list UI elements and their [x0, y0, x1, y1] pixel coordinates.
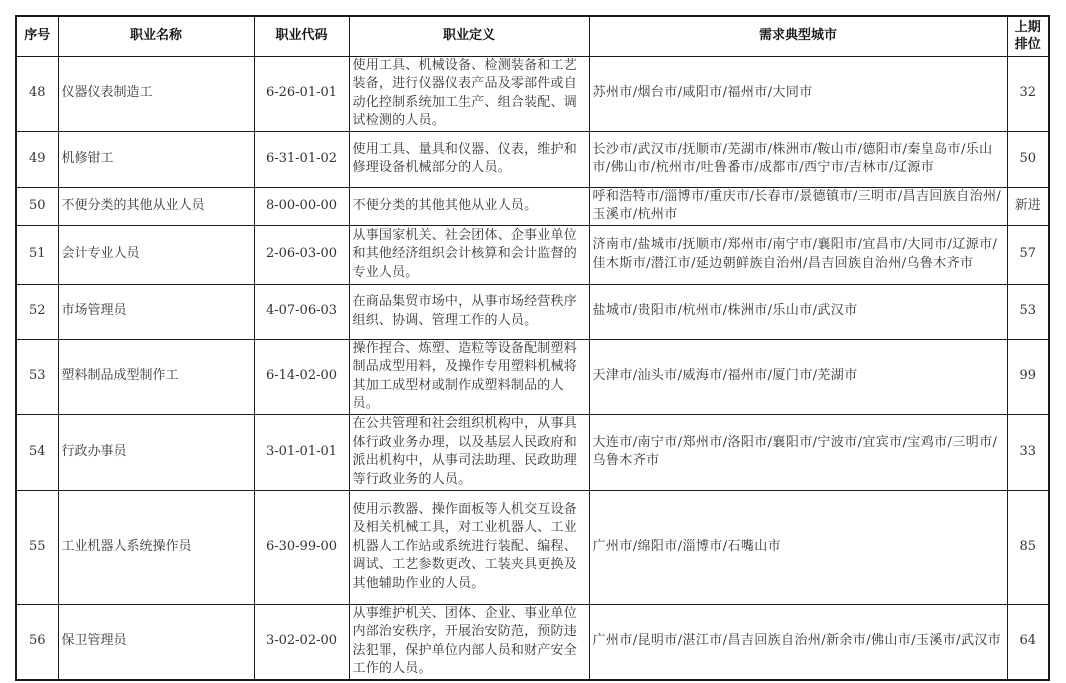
- cell-index: 52: [16, 284, 58, 339]
- cell-occupation-definition: 使用工具、机械设备、检测装备和工艺装备，进行仪器仪表产品及零部件或自动化控制系统…: [349, 56, 589, 131]
- cell-occupation-code: 4-07-06-03: [254, 284, 349, 339]
- cell-occupation-definition: 从事维护机关、团体、企业、事业单位内部治安秩序，开展治安防范，预防违法犯罪，保护…: [349, 604, 589, 680]
- cell-index: 53: [16, 339, 58, 414]
- cell-occupation-code: 6-14-02-00: [254, 339, 349, 414]
- cell-occupation-code: 6-30-99-00: [254, 490, 349, 604]
- cell-index: 54: [16, 414, 58, 490]
- cell-occupation-name: 塑料制品成型制作工: [58, 339, 254, 414]
- cell-typical-cities: 广州市/绵阳市/淄博市/石嘴山市: [589, 490, 1007, 604]
- cell-previous-rank: 50: [1007, 131, 1049, 187]
- table-header-row: 序号 职业名称 职业代码 职业定义 需求典型城市 上期排位: [16, 16, 1049, 56]
- cell-previous-rank: 64: [1007, 604, 1049, 680]
- table-row: 52 市场管理员 4-07-06-03 在商品集贸市场中，从事市场经营秩序组织、…: [16, 284, 1049, 339]
- cell-occupation-name: 保卫管理员: [58, 604, 254, 680]
- cell-index: 50: [16, 187, 58, 225]
- cell-occupation-code: 3-02-02-00: [254, 604, 349, 680]
- cell-occupation-code: 2-06-03-00: [254, 225, 349, 284]
- header-occupation-code: 职业代码: [254, 16, 349, 56]
- table-row: 55 工业机器人系统操作员 6-30-99-00 使用示教器、操作面板等人机交互…: [16, 490, 1049, 604]
- cell-occupation-definition: 使用工具、量具和仪器、仪表，维护和修理设备机械部分的人员。: [349, 131, 589, 187]
- cell-typical-cities: 天津市/汕头市/威海市/福州市/厦门市/芜湖市: [589, 339, 1007, 414]
- cell-typical-cities: 广州市/昆明市/湛江市/昌吉回族自治州/新余市/佛山市/玉溪市/武汉市: [589, 604, 1007, 680]
- cell-typical-cities: 苏州市/烟台市/咸阳市/福州市/大同市: [589, 56, 1007, 131]
- cell-occupation-definition: 使用示教器、操作面板等人机交互设备及相关机械工具，对工业机器人、工业机器人工作站…: [349, 490, 589, 604]
- cell-typical-cities: 济南市/盐城市/抚顺市/郑州市/南宁市/襄阳市/宜昌市/大同市/辽源市/佳木斯市…: [589, 225, 1007, 284]
- cell-occupation-name: 会计专业人员: [58, 225, 254, 284]
- table-body: 48 仪器仪表制造工 6-26-01-01 使用工具、机械设备、检测装备和工艺装…: [16, 56, 1049, 680]
- table-row: 54 行政办事员 3-01-01-01 在公共管理和社会组织机构中，从事具体行政…: [16, 414, 1049, 490]
- cell-occupation-definition: 不便分类的其他其他从业人员。: [349, 187, 589, 225]
- cell-occupation-name: 市场管理员: [58, 284, 254, 339]
- cell-previous-rank: 57: [1007, 225, 1049, 284]
- table-row: 48 仪器仪表制造工 6-26-01-01 使用工具、机械设备、检测装备和工艺装…: [16, 56, 1049, 131]
- cell-occupation-name: 机修钳工: [58, 131, 254, 187]
- cell-occupation-code: 6-31-01-02: [254, 131, 349, 187]
- cell-occupation-definition: 操作捏合、炼塑、造粒等设备配制塑料制品成型用料，及操作专用塑料机械将其加工成型材…: [349, 339, 589, 414]
- table-row: 50 不便分类的其他从业人员 8-00-00-00 不便分类的其他其他从业人员。…: [16, 187, 1049, 225]
- cell-previous-rank: 85: [1007, 490, 1049, 604]
- cell-previous-rank: 32: [1007, 56, 1049, 131]
- table-row: 56 保卫管理员 3-02-02-00 从事维护机关、团体、企业、事业单位内部治…: [16, 604, 1049, 680]
- table-row: 49 机修钳工 6-31-01-02 使用工具、量具和仪器、仪表，维护和修理设备…: [16, 131, 1049, 187]
- cell-occupation-definition: 在商品集贸市场中，从事市场经营秩序组织、协调、管理工作的人员。: [349, 284, 589, 339]
- cell-index: 56: [16, 604, 58, 680]
- cell-occupation-code: 8-00-00-00: [254, 187, 349, 225]
- cell-index: 49: [16, 131, 58, 187]
- header-typical-cities: 需求典型城市: [589, 16, 1007, 56]
- occupation-table-container: 序号 职业名称 职业代码 职业定义 需求典型城市 上期排位 48 仪器仪表制造工…: [15, 15, 1050, 681]
- cell-occupation-name: 行政办事员: [58, 414, 254, 490]
- table-row: 51 会计专业人员 2-06-03-00 从事国家机关、社会团体、企事业单位和其…: [16, 225, 1049, 284]
- header-previous-rank: 上期排位: [1007, 16, 1049, 56]
- cell-previous-rank: 99: [1007, 339, 1049, 414]
- cell-occupation-code: 6-26-01-01: [254, 56, 349, 131]
- header-occupation-definition: 职业定义: [349, 16, 589, 56]
- header-occupation-name: 职业名称: [58, 16, 254, 56]
- cell-typical-cities: 长沙市/武汉市/抚顺市/芜湖市/株洲市/鞍山市/德阳市/秦皇岛市/乐山市/佛山市…: [589, 131, 1007, 187]
- cell-previous-rank: 33: [1007, 414, 1049, 490]
- header-index: 序号: [16, 16, 58, 56]
- cell-index: 51: [16, 225, 58, 284]
- cell-occupation-definition: 从事国家机关、社会团体、企事业单位和其他经济组织会计核算和会计监督的专业人员。: [349, 225, 589, 284]
- occupation-demand-table: 序号 职业名称 职业代码 职业定义 需求典型城市 上期排位 48 仪器仪表制造工…: [15, 15, 1050, 681]
- cell-previous-rank: 新进: [1007, 187, 1049, 225]
- cell-typical-cities: 盐城市/贵阳市/杭州市/株洲市/乐山市/武汉市: [589, 284, 1007, 339]
- cell-typical-cities: 呼和浩特市/淄博市/重庆市/长春市/景德镇市/三明市/昌吉回族自治州/玉溪市/杭…: [589, 187, 1007, 225]
- cell-occupation-name: 仪器仪表制造工: [58, 56, 254, 131]
- cell-index: 55: [16, 490, 58, 604]
- cell-occupation-definition: 在公共管理和社会组织机构中，从事具体行政业务办理，以及基层人民政府和派出机构中，…: [349, 414, 589, 490]
- cell-occupation-name: 不便分类的其他从业人员: [58, 187, 254, 225]
- cell-previous-rank: 53: [1007, 284, 1049, 339]
- cell-occupation-name: 工业机器人系统操作员: [58, 490, 254, 604]
- cell-occupation-code: 3-01-01-01: [254, 414, 349, 490]
- cell-typical-cities: 大连市/南宁市/郑州市/洛阳市/襄阳市/宁波市/宜宾市/宝鸡市/三明市/乌鲁木齐…: [589, 414, 1007, 490]
- table-row: 53 塑料制品成型制作工 6-14-02-00 操作捏合、炼塑、造粒等设备配制塑…: [16, 339, 1049, 414]
- cell-index: 48: [16, 56, 58, 131]
